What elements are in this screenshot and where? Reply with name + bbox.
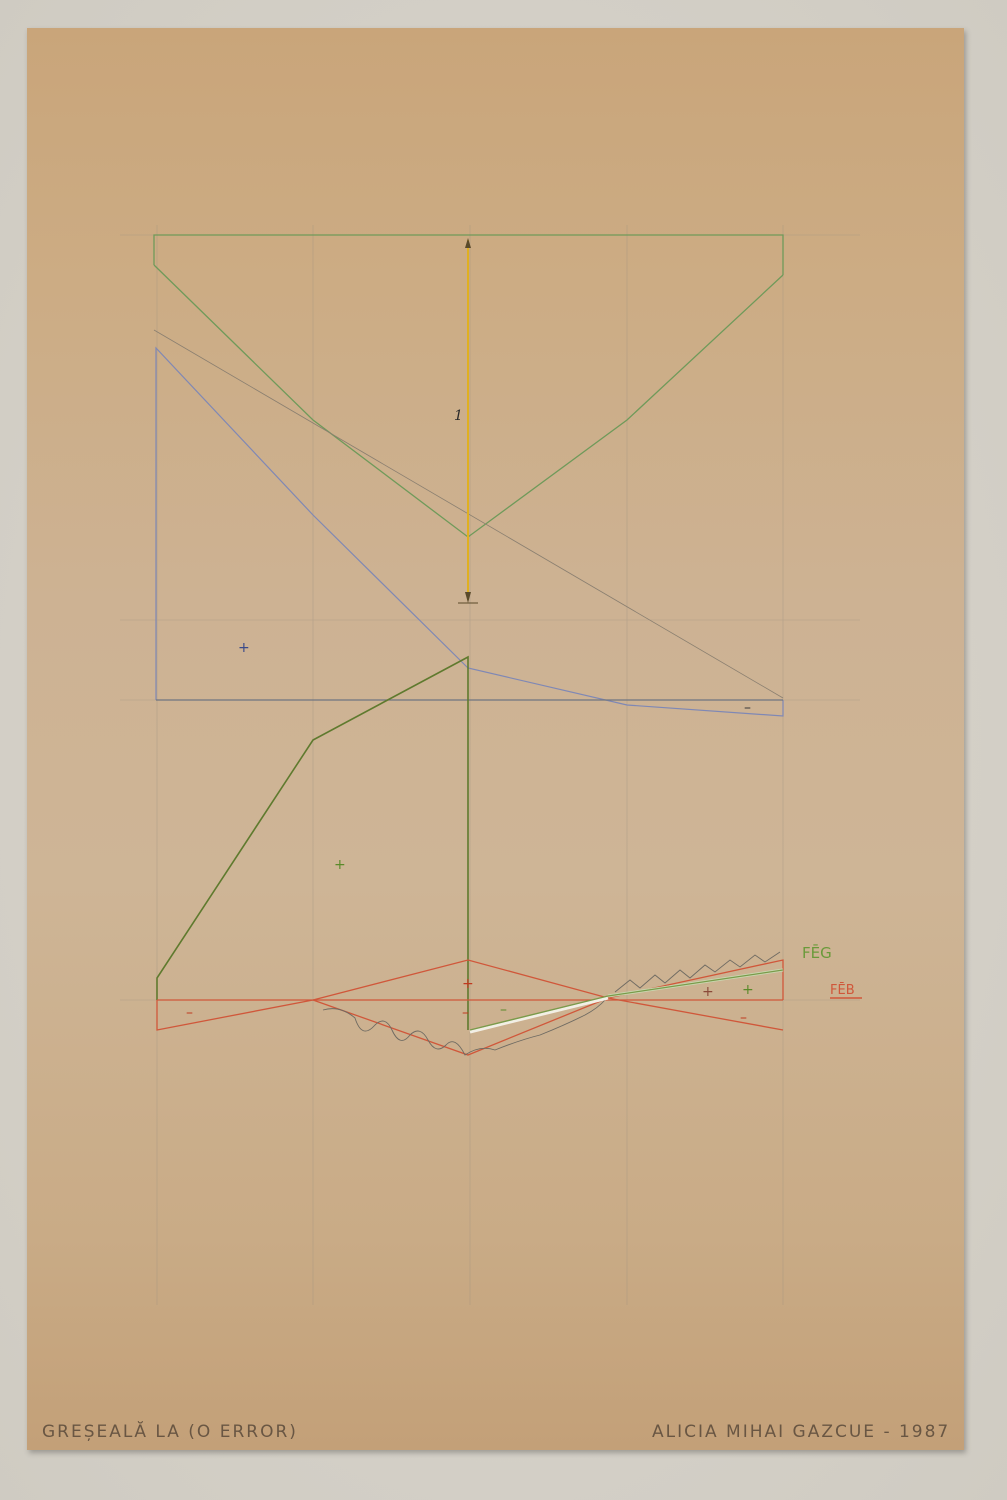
minus-sign-red-right: – xyxy=(740,1010,747,1026)
minus-sign-red-center: – xyxy=(462,1005,469,1021)
minus-sign-red-left: – xyxy=(186,1005,193,1021)
dimension-label: 1 xyxy=(454,408,463,424)
olive-moment-line xyxy=(157,657,468,1030)
plus-sign-olive: + xyxy=(334,857,346,873)
force-label-green: FĒG xyxy=(802,944,832,962)
signature-inscription: ALICIA MIHAI GAZCUE - 1987 xyxy=(652,1422,950,1442)
construction-grid xyxy=(120,225,860,1305)
title-inscription: GREȘEALĂ LA (O ERROR) xyxy=(42,1422,298,1442)
plus-sign-green-right: + xyxy=(742,982,754,998)
minus-sign-blue: – xyxy=(744,700,751,716)
force-label-red: FĒB xyxy=(830,983,855,998)
plus-sign-red-right: + xyxy=(702,984,714,1000)
wavy-graphite-lines xyxy=(323,952,780,1055)
plus-sign-blue: + xyxy=(238,640,250,656)
blue-influence-line xyxy=(156,348,783,716)
minus-sign-green: – xyxy=(500,1002,507,1018)
plus-sign-red: + xyxy=(462,976,474,992)
drawing-canvas: 1 + – + + – – – + + – FĒG FĒB xyxy=(0,0,1007,1500)
